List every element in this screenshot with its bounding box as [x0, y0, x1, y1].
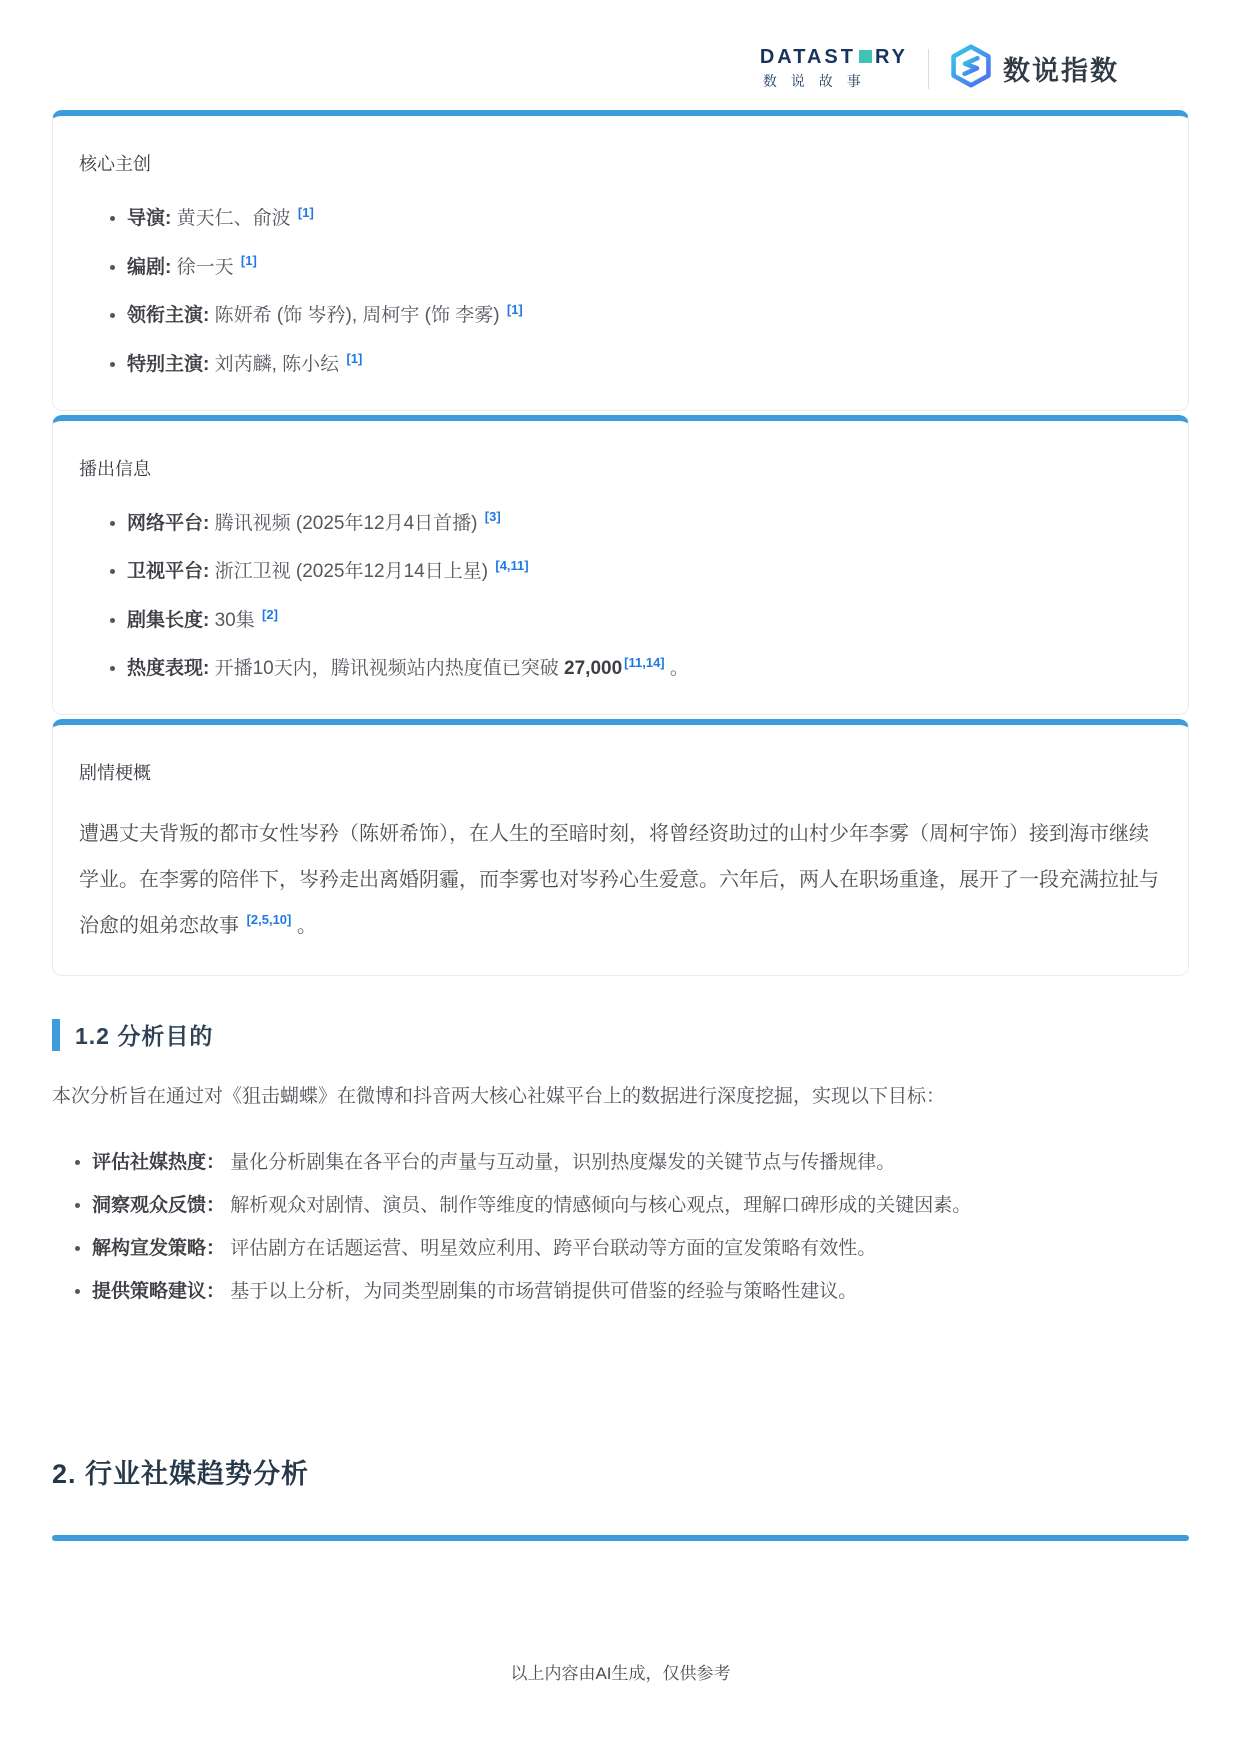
goal-text: 量化分析剧集在各平台的声量与互动量，识别热度爆发的关键节点与传播规律。: [225, 1152, 895, 1173]
item-label: 领衔主演:: [127, 305, 209, 326]
core-creators-list: 导演: 黄天仁、俞波 [1] 编剧: 徐一天 [1] 领衔主演: 陈妍希 (饰 …: [79, 206, 1162, 378]
item-label: 热度表现:: [127, 658, 209, 679]
shushuo-index-logo: 数说指数: [949, 44, 1119, 93]
citation-link[interactable]: [2,5,10]: [247, 912, 292, 927]
page-header: DATASTRY 数说故事 数说指数: [52, 0, 1189, 93]
brand-square-icon: [859, 50, 872, 63]
section-heading-1-2: 1.2 分析目的: [52, 1018, 1189, 1051]
list-item: 卫视平台: 浙江卫视 (2025年12月14日上星) [4,11]: [127, 559, 1162, 585]
section-heading-2: 2. 行业社媒趋势分析: [52, 1452, 1189, 1491]
heading-text: 1.2 分析目的: [75, 1018, 213, 1051]
item-label: 特别主演:: [127, 354, 209, 375]
list-item: 提供策略建议： 基于以上分析，为同类型剧集的市场营销提供可借鉴的经验与策略性建议…: [92, 1273, 1189, 1312]
brand-text-pre: DATAST: [760, 46, 856, 68]
item-text: 徐一天: [171, 257, 239, 278]
list-item: 编剧: 徐一天 [1]: [127, 255, 1162, 281]
analysis-goals-list: 评估社媒热度： 量化分析剧集在各平台的声量与互动量，识别热度爆发的关键节点与传播…: [52, 1144, 1189, 1312]
list-item: 热度表现: 开播10天内，腾讯视频站内热度值已突破 27,000[11,14] …: [127, 656, 1162, 682]
section-divider-rule: [52, 1535, 1189, 1541]
list-item: 剧集长度: 30集 [2]: [127, 608, 1162, 634]
item-label: 卫视平台:: [127, 561, 209, 582]
paragraph-text: 遭遇丈夫背叛的都市女性岑矜（陈妍希饰），在人生的至暗时刻，将曾经资助过的山村少年…: [79, 823, 1159, 937]
card-title: 播出信息: [79, 455, 1162, 481]
goal-label: 评估社媒热度：: [92, 1152, 225, 1173]
goal-text: 评估剧方在话题运营、明星效应利用、跨平台联动等方面的宣发策略有效性。: [225, 1238, 876, 1259]
datastory-logo: DATASTRY 数说故事: [760, 47, 908, 91]
item-label: 网络平台:: [127, 513, 209, 534]
item-text: 浙江卫视 (2025年12月14日上星): [209, 561, 493, 582]
citation-link[interactable]: [3]: [485, 509, 501, 524]
citation-link[interactable]: [4,11]: [495, 558, 528, 573]
shield-s-logo-icon: [949, 44, 993, 93]
card-plot-summary: 剧情梗概 遭遇丈夫背叛的都市女性岑矜（陈妍希饰），在人生的至暗时刻，将曾经资助过…: [52, 719, 1189, 976]
list-item: 特别主演: 刘芮麟, 陈小纭 [1]: [127, 352, 1162, 378]
card-core-creators: 核心主创 导演: 黄天仁、俞波 [1] 编剧: 徐一天 [1] 领衔主演: 陈妍…: [52, 110, 1189, 411]
citation-link[interactable]: [11,14]: [624, 655, 664, 670]
goal-label: 提供策略建议：: [92, 1281, 225, 1302]
goal-label: 洞察观众反馈：: [92, 1195, 225, 1216]
product-name-label: 数说指数: [1003, 49, 1119, 88]
item-label: 剧集长度:: [127, 610, 209, 631]
goal-text: 基于以上分析，为同类型剧集的市场营销提供可借鉴的经验与策略性建议。: [225, 1281, 857, 1302]
item-text: 30集: [209, 610, 260, 631]
paragraph-tail: 。: [291, 915, 317, 937]
citation-link[interactable]: [1]: [346, 351, 362, 366]
citation-link[interactable]: [1]: [298, 205, 314, 220]
list-item: 领衔主演: 陈妍希 (饰 岑矜), 周柯宇 (饰 李雾) [1]: [127, 303, 1162, 329]
ai-disclaimer-footer: 以上内容由AI生成，仅供参考: [52, 1659, 1189, 1684]
card-title: 核心主创: [79, 150, 1162, 176]
item-text: 刘芮麟, 陈小纭: [209, 354, 344, 375]
card-title: 剧情梗概: [79, 759, 1162, 785]
heading-accent-bar: [52, 1019, 60, 1051]
analysis-intro-paragraph: 本次分析旨在通过对《狙击蝴蝶》在微博和抖音两大核心社媒平台上的数据进行深度挖掘，…: [52, 1077, 1189, 1118]
datastory-wordmark: DATASTRY: [760, 47, 908, 67]
report-page: DATASTRY 数说故事 数说指数 核心主: [0, 0, 1241, 1684]
brand-text-post: RY: [875, 46, 908, 68]
datastory-cn-label: 数说故事: [760, 71, 908, 91]
card-broadcast-info: 播出信息 网络平台: 腾讯视频 (2025年12月4日首播) [3] 卫视平台:…: [52, 415, 1189, 716]
citation-link[interactable]: [1]: [241, 253, 257, 268]
item-label: 导演:: [127, 208, 171, 229]
item-text: 陈妍希 (饰 岑矜), 周柯宇 (饰 李雾): [209, 305, 505, 326]
list-item: 评估社媒热度： 量化分析剧集在各平台的声量与互动量，识别热度爆发的关键节点与传播…: [92, 1144, 1189, 1183]
broadcast-info-list: 网络平台: 腾讯视频 (2025年12月4日首播) [3] 卫视平台: 浙江卫视…: [79, 511, 1162, 683]
list-item: 网络平台: 腾讯视频 (2025年12月4日首播) [3]: [127, 511, 1162, 537]
item-text: 开播10天内，腾讯视频站内热度值已突破: [209, 658, 564, 679]
item-tail: 。: [665, 658, 689, 679]
list-item: 解构宣发策略： 评估剧方在话题运营、明星效应利用、跨平台联动等方面的宣发策略有效…: [92, 1230, 1189, 1269]
list-item: 导演: 黄天仁、俞波 [1]: [127, 206, 1162, 232]
item-label: 编剧:: [127, 257, 171, 278]
heat-value: 27,000: [564, 658, 622, 679]
goal-label: 解构宣发策略：: [92, 1238, 225, 1259]
list-item: 洞察观众反馈： 解析观众对剧情、演员、制作等维度的情感倾向与核心观点，理解口碑形…: [92, 1187, 1189, 1226]
logo-divider: [928, 49, 929, 89]
item-text: 黄天仁、俞波: [171, 208, 296, 229]
citation-link[interactable]: [2]: [262, 607, 278, 622]
plot-summary-paragraph: 遭遇丈夫背叛的都市女性岑矜（陈妍希饰），在人生的至暗时刻，将曾经资助过的山村少年…: [79, 811, 1162, 949]
item-text: 腾讯视频 (2025年12月4日首播): [209, 513, 482, 534]
goal-text: 解析观众对剧情、演员、制作等维度的情感倾向与核心观点，理解口碑形成的关键因素。: [225, 1195, 971, 1216]
citation-link[interactable]: [1]: [507, 302, 523, 317]
